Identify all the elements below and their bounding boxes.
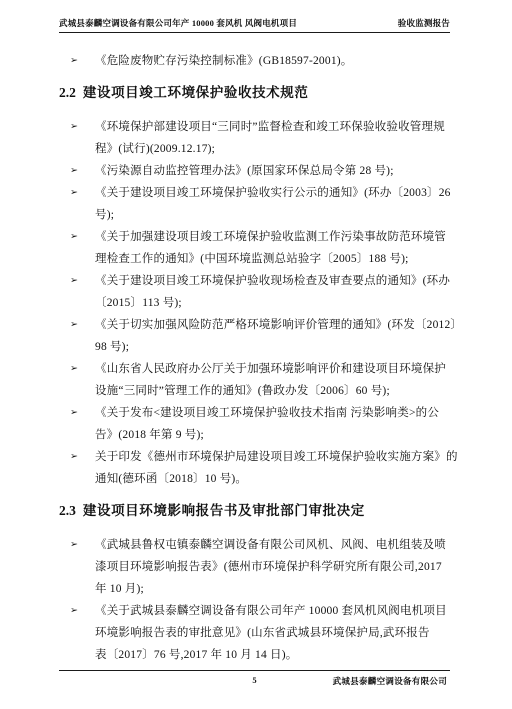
text-line: 《山东省人民政府办公厅关于加强环境影响评价和建设项目环境保护	[95, 358, 450, 380]
bullet-arrow-icon: ➢	[70, 600, 78, 622]
list-item: ➢ 《环境保护部建设项目“三同时”监督检查和竣工环保验收验收管理规 程》(试行)…	[59, 116, 450, 160]
section-number: 2.2	[59, 85, 76, 100]
bullet-arrow-icon: ➢	[70, 358, 78, 380]
list-item: ➢ 关于印发《德州市环境保护局建设项目竣工环境保护验收实施方案》的 通知(德环函…	[59, 446, 450, 490]
text-line: 设施“三同时”管理工作的通知》(鲁政办发〔2006〕60 号);	[95, 380, 450, 402]
text-line: 表〔2017〕76 号,2017 年 10 月 14 日)。	[95, 644, 450, 666]
page-header: 武城县泰麟空调设备有限公司年产 10000 套风机 风阀电机项目 验收监测报告	[59, 17, 450, 33]
text-line: 《环境保护部建设项目“三同时”监督检查和竣工环保验收验收管理规	[95, 116, 450, 138]
header-doc-type: 验收监测报告	[398, 17, 450, 29]
section-number: 2.3	[59, 503, 76, 518]
text-line: 《污染源自动监控管理办法》(原国家环保总局令第 28 号);	[95, 160, 450, 182]
text-line: 《关于建设项目竣工环境保护验收现场检查及审查要点的通知》(环办	[95, 270, 450, 292]
list-item: ➢ 《关于发布<建设项目竣工环境保护验收技术指南 污染影响类>的公 告》(201…	[59, 402, 450, 446]
text-line: 98 号);	[95, 336, 450, 358]
list-item: ➢ 《武城县鲁权屯镇泰麟空调设备有限公司风机、风阀、电机组装及喷 漆项目环境影响…	[59, 534, 450, 600]
header-project-title: 武城县泰麟空调设备有限公司年产 10000 套风机 风阀电机项目	[59, 17, 297, 29]
bullet-arrow-icon: ➢	[70, 226, 78, 248]
list-item: ➢ 《危险废物贮存污染控制标准》(GB18597-2001)。	[59, 50, 450, 72]
bullet-arrow-icon: ➢	[70, 160, 78, 182]
text-line: 环境影响报告表的审批意见》(山东省武城县环境保护局,武环报告	[95, 622, 450, 644]
list-item: ➢ 《关于切实加强风险防范严格环境影响评价管理的通知》(环发〔2012〕 98 …	[59, 314, 450, 358]
text-line: 《武城县鲁权屯镇泰麟空调设备有限公司风机、风阀、电机组装及喷	[95, 534, 450, 556]
bullet-arrow-icon: ➢	[70, 182, 78, 204]
section-title: 建设项目竣工环境保护验收技术规范	[83, 85, 309, 100]
footer-company-name: 武城县泰麟空调设备有限公司	[333, 675, 447, 687]
list-item: ➢ 《山东省人民政府办公厅关于加强环境影响评价和建设项目环境保护 设施“三同时”…	[59, 358, 450, 402]
bullet-arrow-icon: ➢	[70, 50, 78, 72]
section-heading-2-2: 2.2建设项目竣工环境保护验收技术规范	[59, 80, 450, 106]
text-line: 程》(试行)(2009.12.17);	[95, 138, 450, 160]
text-line: 关于印发《德州市环境保护局建设项目竣工环境保护验收实施方案》的	[95, 446, 450, 468]
text-line: 《关于发布<建设项目竣工环境保护验收技术指南 污染影响类>的公	[95, 402, 450, 424]
list-item: ➢ 《关于建设项目竣工环境保护验收现场检查及审查要点的通知》(环办 〔2015〕…	[59, 270, 450, 314]
text-line: 《关于加强建设项目竣工环境保护验收监测工作污染事故防范环境管	[95, 226, 450, 248]
list-item: ➢ 《关于加强建设项目竣工环境保护验收监测工作污染事故防范环境管 理检查工作的通…	[59, 226, 450, 270]
page-body: ➢ 《危险废物贮存污染控制标准》(GB18597-2001)。 2.2建设项目竣…	[59, 50, 450, 666]
section-title: 建设项目环境影响报告书及审批部门审批决定	[83, 503, 365, 518]
page-footer: 5 武城县泰麟空调设备有限公司	[59, 670, 450, 692]
text-line: 号);	[95, 204, 450, 226]
bullet-arrow-icon: ➢	[70, 116, 78, 138]
list-item: ➢ 《污染源自动监控管理办法》(原国家环保总局令第 28 号);	[59, 160, 450, 182]
text-line: 漆项目环境影响报告表》(德州市环境保护科学研究所有限公司,2017	[95, 556, 450, 578]
text-line: 《关于武城县泰麟空调设备有限公司年产 10000 套风机风阀电机项目	[95, 600, 450, 622]
bullet-arrow-icon: ➢	[70, 270, 78, 292]
bullet-arrow-icon: ➢	[70, 446, 78, 468]
list-item: ➢ 《关于武城县泰麟空调设备有限公司年产 10000 套风机风阀电机项目 环境影…	[59, 600, 450, 666]
text-line: 《危险废物贮存污染控制标准》(GB18597-2001)。	[95, 50, 450, 72]
text-line: 《关于建设项目竣工环境保护验收实行公示的通知》(环办〔2003〕26	[95, 182, 450, 204]
document-page: 武城县泰麟空调设备有限公司年产 10000 套风机 风阀电机项目 验收监测报告 …	[0, 0, 512, 709]
bullet-arrow-icon: ➢	[70, 314, 78, 336]
bullet-arrow-icon: ➢	[70, 534, 78, 556]
list-item: ➢ 《关于建设项目竣工环境保护验收实行公示的通知》(环办〔2003〕26 号);	[59, 182, 450, 226]
text-line: 告》(2018 年第 9 号);	[95, 424, 450, 446]
text-line: 年 10 月);	[95, 578, 450, 600]
text-line: 通知(德环函〔2018〕10 号)。	[95, 468, 450, 490]
text-line: 〔2015〕113 号);	[95, 292, 450, 314]
text-line: 《关于切实加强风险防范严格环境影响评价管理的通知》(环发〔2012〕	[95, 314, 450, 336]
section-heading-2-3: 2.3建设项目环境影响报告书及审批部门审批决定	[59, 498, 450, 524]
bullet-arrow-icon: ➢	[70, 402, 78, 424]
text-line: 理检查工作的通知》(中国环境监测总站验字〔2005〕188 号);	[95, 248, 450, 270]
